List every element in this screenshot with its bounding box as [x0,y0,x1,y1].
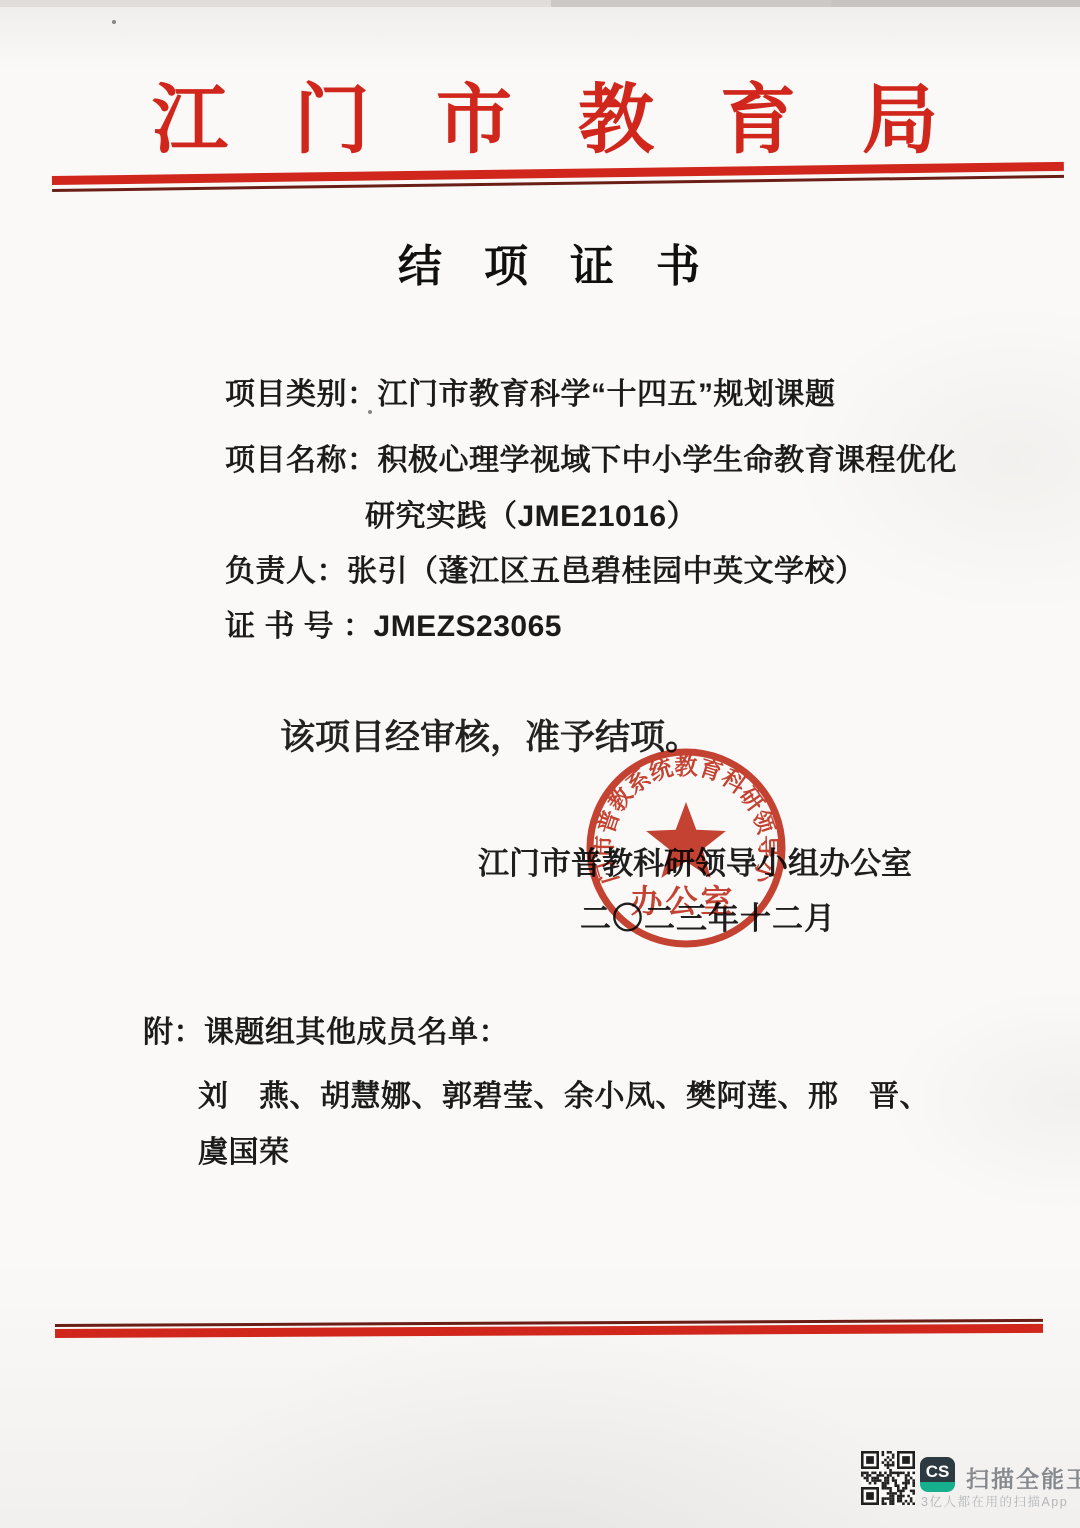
scanned-certificate-page: 江门市教育局 结项证书 项目类别：江门市教育科学“十四五”规划课题 项目名称：积… [0,0,1080,1528]
scanner-app-name: 扫描全能王 [966,1461,1080,1494]
scanner-app-watermark: CS 扫描全能王 3亿人都在用的扫描App [861,1451,1066,1513]
field-project-name-line2: 研究实践（JME21016） [365,491,697,535]
camscanner-logo-icon: CS [920,1457,955,1492]
seal-ring-text-container: 江门市普教系统教育科研领导小组 [580,744,781,888]
scan-edge-artifact [0,0,1080,7]
qr-code [861,1451,915,1505]
appendix-members-line2: 虞国荣 [198,1127,290,1171]
field-project-category: 项目类别：江门市教育科学“十四五”规划课题 [225,369,836,413]
seal-ring-text: 江门市普教系统教育科研领导小组 [580,744,781,888]
field-project-leader: 负责人：张引（蓬江区五邑碧桂园中英文学校） [225,546,866,590]
seal-center-label: 办公室 [630,883,735,919]
scan-dust-speck [112,20,116,24]
official-seal-stamp: 江门市普教系统教育科研领导小组 办公室 [580,744,792,956]
document-title: 结项证书 [0,230,1080,294]
footer-divider-rule [55,1319,1043,1338]
field-project-name-line1: 项目名称：积极心理学视域下中小学生命教育课程优化 [225,435,957,479]
scanner-app-tagline: 3亿人都在用的扫描App [921,1492,1068,1510]
field-certificate-number: 证 书 号 ：JMEZS23065 [225,601,562,645]
issuing-agency-title: 江门市教育局 [152,80,1004,164]
appendix-members-line1: 刘 燕、胡慧娜、郭碧莹、余小凤、樊阿莲、邢 晋、 [198,1071,930,1115]
seal-star-icon [646,802,726,878]
header-divider-rule [52,162,1064,192]
appendix-heading: 附：课题组其他成员名单： [143,1007,509,1051]
